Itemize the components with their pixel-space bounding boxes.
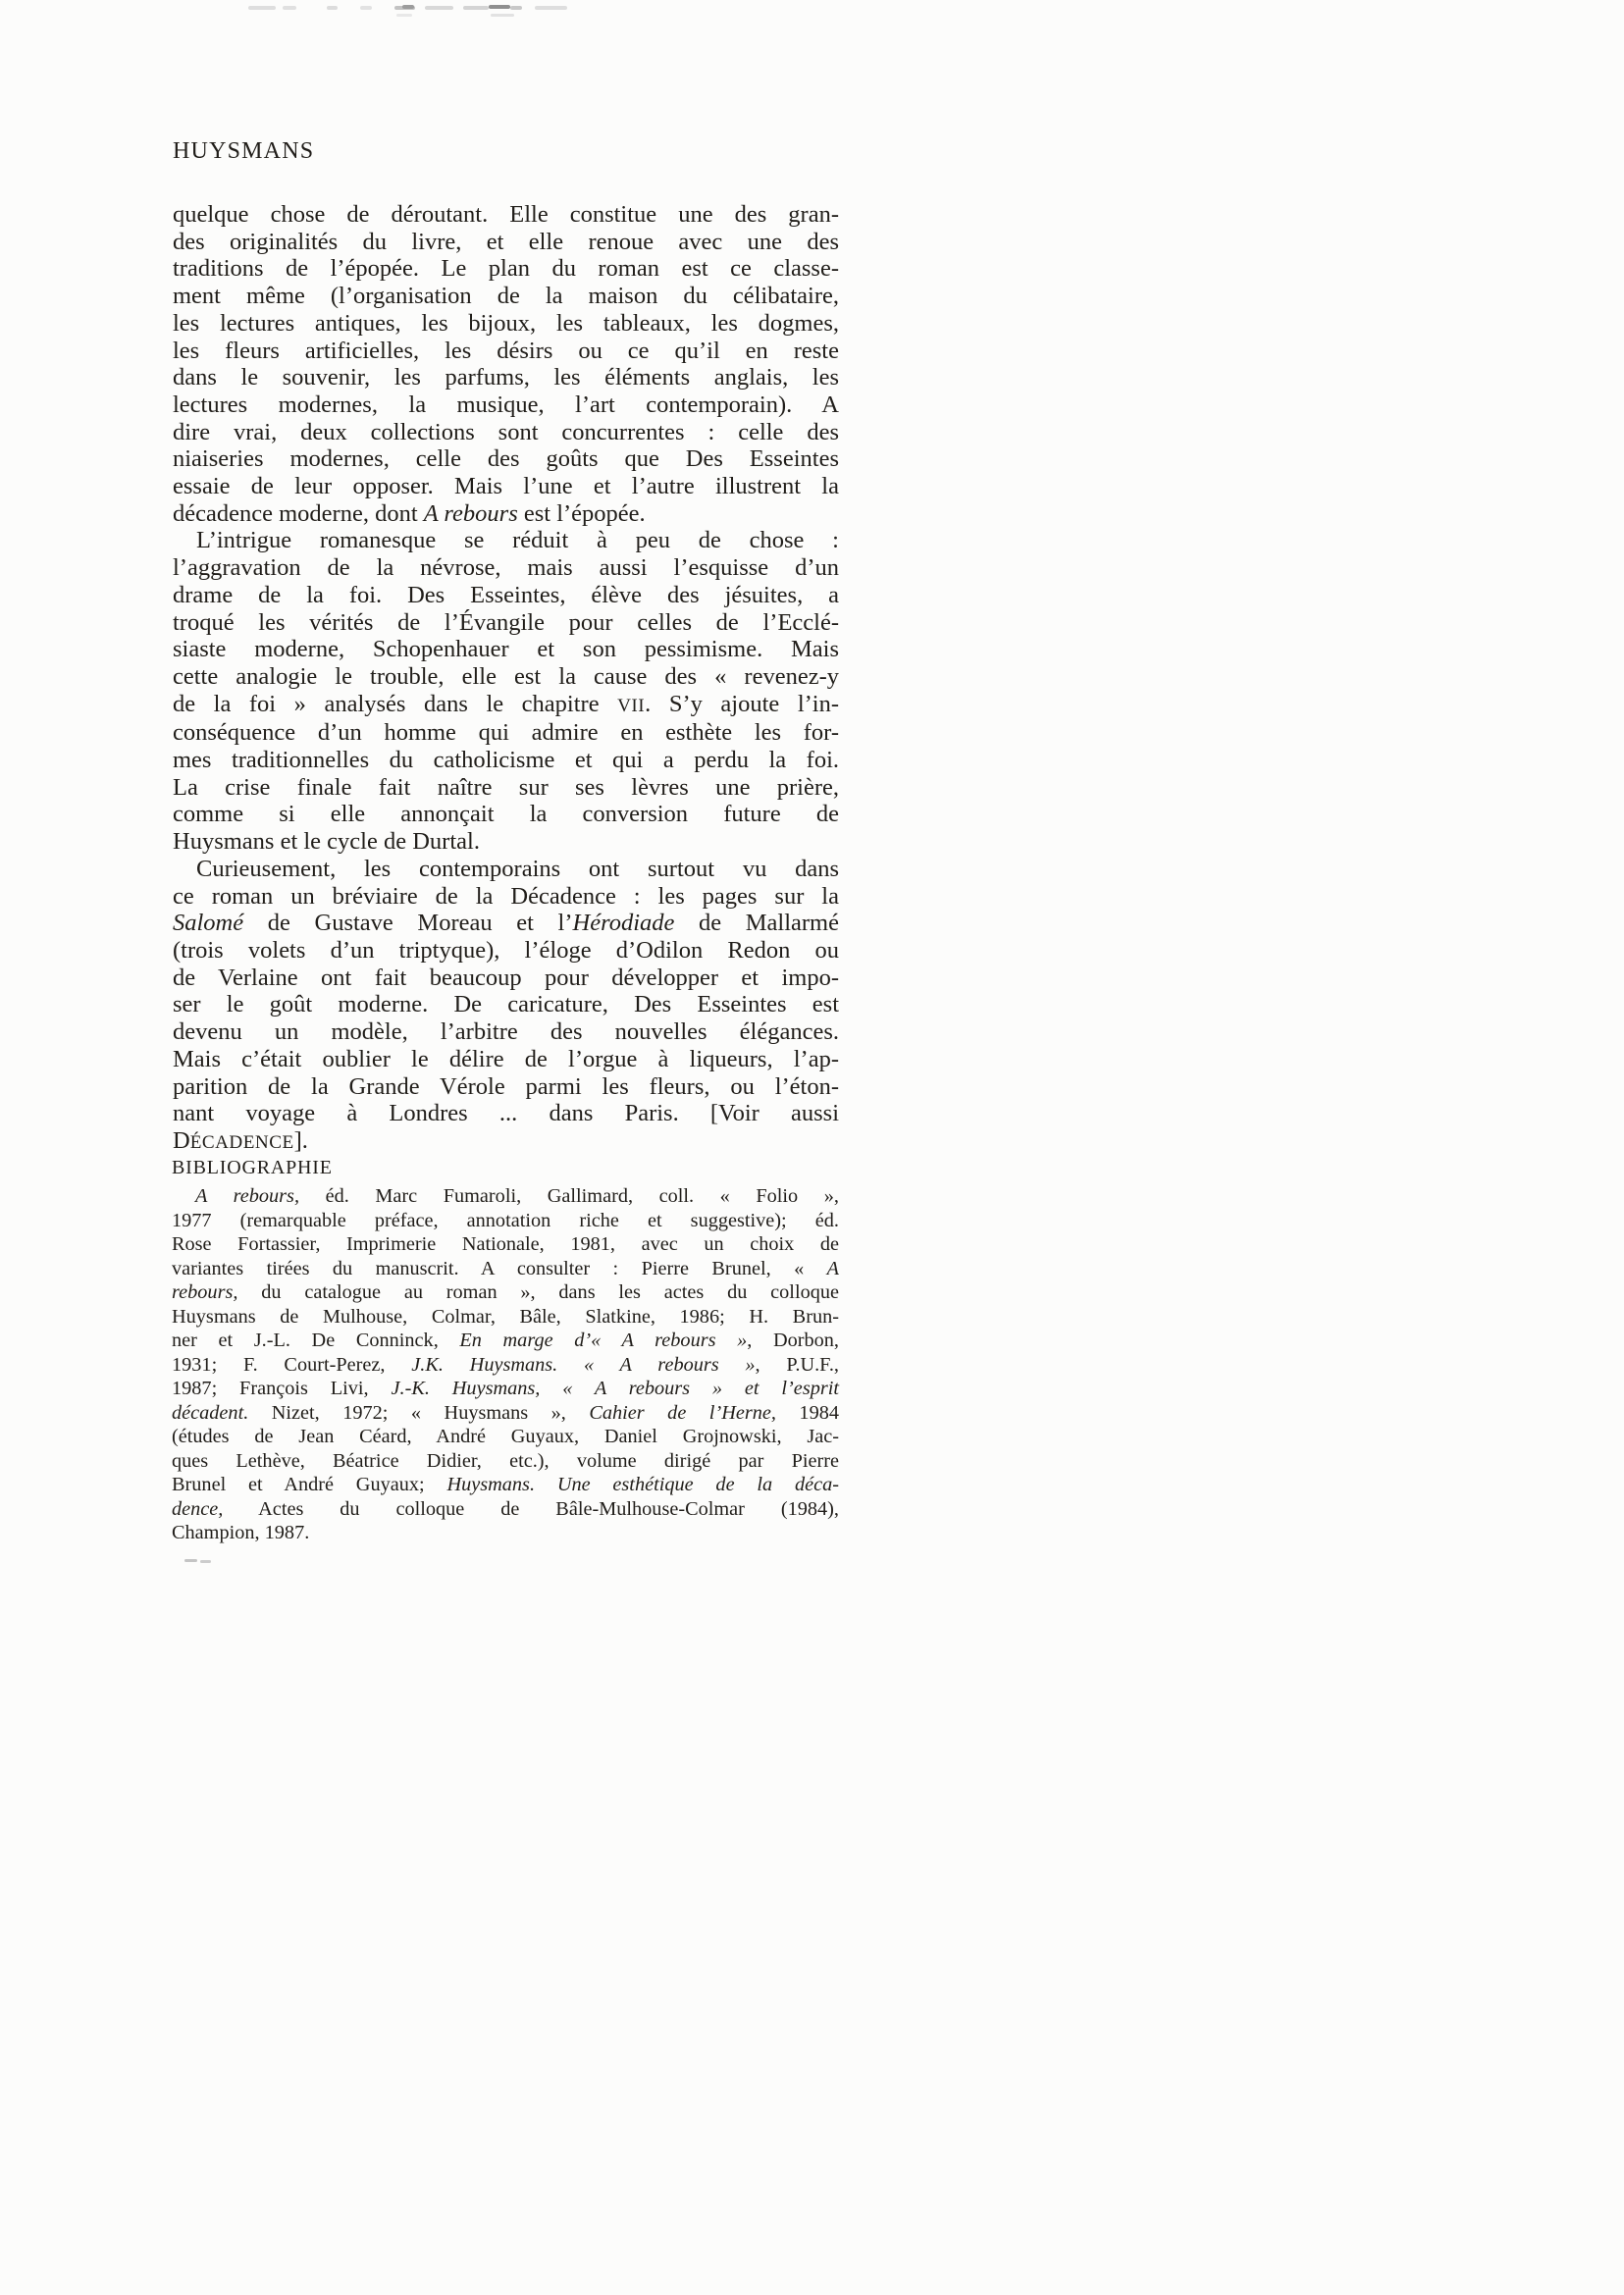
text-line: Rose Fortassier, Imprimerie Nationale, 1… bbox=[172, 1232, 839, 1257]
text-line: ce roman un bréviaire de la Décadence : … bbox=[173, 883, 839, 911]
text-line: devenu un modèle, l’arbitre des nouvelle… bbox=[173, 1018, 839, 1046]
article-body: quelque chose de déroutant. Elle constit… bbox=[173, 201, 839, 1157]
text-line: Curieusement, les contemporains ont surt… bbox=[173, 856, 839, 883]
text-line: DÉCADENCE]. bbox=[173, 1127, 839, 1157]
text-line: les fleurs artificielles, les désirs ou … bbox=[173, 338, 839, 365]
paragraph: Curieusement, les contemporains ont surt… bbox=[173, 856, 839, 1157]
text-line: ner et J.-L. De Conninck, En marge d’« A… bbox=[172, 1329, 839, 1353]
text-line: (trois volets d’un triptyque), l’éloge d… bbox=[173, 937, 839, 965]
text-line: drame de la foi. Des Esseintes, élève de… bbox=[173, 582, 839, 609]
text-line: Brunel et André Guyaux; Huysmans. Une es… bbox=[172, 1473, 839, 1497]
text-line: A rebours, éd. Marc Fumaroli, Gallimard,… bbox=[172, 1184, 839, 1209]
text-line: 1931; F. Court-Perez, J.K. Huysmans. « A… bbox=[172, 1353, 839, 1378]
scan-mark bbox=[491, 14, 514, 17]
text-line: Mais c’était oublier le délire de l’orgu… bbox=[173, 1046, 839, 1073]
text-line: parition de la Grande Vérole parmi les f… bbox=[173, 1073, 839, 1101]
text-line: des originalités du livre, et elle renou… bbox=[173, 229, 839, 256]
text-line: quelque chose de déroutant. Elle constit… bbox=[173, 201, 839, 229]
text-line: lectures modernes, la musique, l’art con… bbox=[173, 391, 839, 419]
scan-mark bbox=[396, 14, 412, 17]
scan-mark bbox=[184, 1559, 197, 1562]
text-line: les lectures antiques, les bijoux, les t… bbox=[173, 310, 839, 338]
scan-mark bbox=[510, 6, 522, 10]
scan-mark bbox=[489, 5, 510, 9]
text-line: siaste moderne, Schopenhauer et son pess… bbox=[173, 636, 839, 663]
text-line: dence, Actes du colloque de Bâle-Mulhous… bbox=[172, 1497, 839, 1522]
scan-mark bbox=[463, 6, 489, 10]
page-title: HUYSMANS bbox=[173, 138, 314, 165]
text-line: (études de Jean Céard, André Guyaux, Dan… bbox=[172, 1425, 839, 1449]
scan-mark bbox=[248, 6, 276, 10]
text-line: 1977 (remarquable préface, annotation ri… bbox=[172, 1209, 839, 1233]
text-line: traditions de l’épopée. Le plan du roman… bbox=[173, 255, 839, 283]
text-line: ment même (l’organisation de la maison d… bbox=[173, 283, 839, 310]
text-line: L’intrigue romanesque se réduit à peu de… bbox=[173, 527, 839, 554]
scan-mark bbox=[200, 1560, 211, 1563]
text-line: comme si elle annonçait la conversion fu… bbox=[173, 801, 839, 828]
text-line: niaiseries modernes, celle des goûts que… bbox=[173, 445, 839, 473]
text-line: rebours, du catalogue au roman », dans l… bbox=[172, 1280, 839, 1305]
bibliography-text: A rebours, éd. Marc Fumaroli, Gallimard,… bbox=[172, 1184, 839, 1545]
paragraph: L’intrigue romanesque se réduit à peu de… bbox=[173, 527, 839, 855]
text-line: essaie de leur opposer. Mais l’une et l’… bbox=[173, 473, 839, 500]
text-line: variantes tirées du manuscrit. A consult… bbox=[172, 1257, 839, 1281]
text-line: ques Lethève, Béatrice Didier, etc.), vo… bbox=[172, 1449, 839, 1474]
text-line: décadence moderne, dont A rebours est l’… bbox=[173, 500, 839, 528]
paragraph: quelque chose de déroutant. Elle constit… bbox=[173, 201, 839, 527]
text-line: de la foi » analysés dans le chapitre VI… bbox=[173, 691, 839, 720]
text-line: Huysmans de Mulhouse, Colmar, Bâle, Slat… bbox=[172, 1305, 839, 1330]
text-line: La crise finale fait naître sur ses lèvr… bbox=[173, 774, 839, 802]
text-line: de Verlaine ont fait beaucoup pour dével… bbox=[173, 965, 839, 992]
text-line: dans le souvenir, les parfums, les éléme… bbox=[173, 364, 839, 391]
text-line: Huysmans et le cycle de Durtal. bbox=[173, 828, 839, 856]
scan-mark bbox=[425, 6, 453, 10]
text-line: décadent. Nizet, 1972; « Huysmans », Cah… bbox=[172, 1401, 839, 1426]
text-line: troqué les vérités de l’Évangile pour ce… bbox=[173, 609, 839, 637]
text-line: cette analogie le trouble, elle est la c… bbox=[173, 663, 839, 691]
scan-mark bbox=[402, 5, 414, 9]
scan-mark bbox=[535, 6, 567, 10]
text-line: 1987; François Livi, J.-K. Huysmans, « A… bbox=[172, 1377, 839, 1401]
text-line: dire vrai, deux collections sont concurr… bbox=[173, 419, 839, 446]
scan-mark bbox=[360, 6, 372, 10]
scanned-page: HUYSMANS quelque chose de déroutant. Ell… bbox=[0, 0, 1624, 2295]
text-line: mes traditionnelles du catholicisme et q… bbox=[173, 747, 839, 774]
text-line: Champion, 1987. bbox=[172, 1521, 839, 1545]
text-line: conséquence d’un homme qui admire en est… bbox=[173, 719, 839, 747]
scan-mark bbox=[327, 6, 338, 10]
bibliography-section: BIBLIOGRAPHIE A rebours, éd. Marc Fumaro… bbox=[172, 1156, 839, 1545]
bibliography-heading: BIBLIOGRAPHIE bbox=[172, 1156, 839, 1179]
text-line: nant voyage à Londres ... dans Paris. [V… bbox=[173, 1100, 839, 1127]
text-line: Salomé de Gustave Moreau et l’Hérodiade … bbox=[173, 910, 839, 937]
text-line: ser le goût moderne. De caricature, Des … bbox=[173, 991, 839, 1018]
scan-mark bbox=[283, 6, 296, 10]
text-line: l’aggravation de la névrose, mais aussi … bbox=[173, 554, 839, 582]
